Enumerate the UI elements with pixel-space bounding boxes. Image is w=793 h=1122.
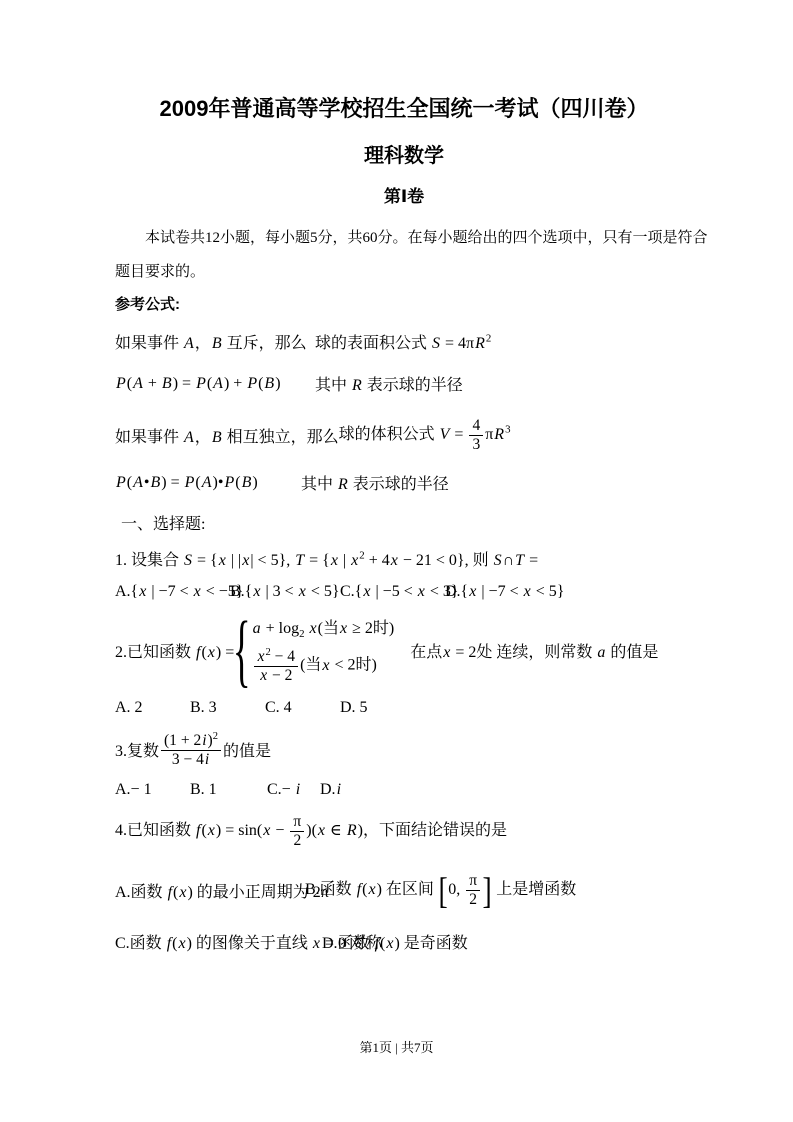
question-1-options: A.{x | −7 < x < −5} B.{x | 3 < x < 5} C.…	[115, 583, 693, 601]
question-2-stem: 2.已知函数 f(x) = { a + log2 x(当x ≥ 2时) x2 −…	[115, 615, 693, 685]
formula-row-3: 如果事件 A，B 相互独立，那么 球的体积公式 V = 43πR3	[115, 412, 693, 458]
page-number: 第1页 | 共7页	[359, 1040, 433, 1055]
question-2-option-d: D. 5	[340, 699, 368, 717]
section-heading: 第Ⅰ卷	[115, 182, 693, 207]
formula-row-1: 如果事件 A，B 互斥，那么 球的表面积公式 S = 4πR2	[115, 328, 693, 355]
question-1-option-d: D.{x | −7 < x < 5}	[445, 583, 564, 601]
question-3-option-c: C.− i	[267, 781, 320, 799]
question-2-option-b: B. 3	[190, 699, 265, 717]
formula-row-4: P(A•B) = P(A)•P(B) 其中 R 表示球的半径	[115, 469, 693, 496]
question-4-option-d: D.函数 f(x) 是奇函数	[322, 930, 468, 953]
page-footer: 第1页 | 共7页	[0, 1037, 793, 1056]
question-1-option-a: A.{x | −7 < x < −5}	[115, 583, 230, 601]
formula-row-4-right: 其中 R 表示球的半径	[301, 471, 449, 494]
question-3-stem-suffix: 的值是	[223, 738, 271, 761]
question-3-option-b: B. 1	[190, 781, 267, 799]
question-1-stem: 1. 设集合 S = {x | |x| < 5}, T = {x | x2 + …	[115, 547, 693, 570]
question-2-option-a: A. 2	[115, 699, 190, 717]
question-1-option-c: C.{x | −5 < x < 3}	[340, 583, 445, 601]
formula-row-4-left: P(A•B) = P(A)•P(B)	[115, 474, 301, 492]
question-4-options-ab: A.函数 f(x) 的最小正周期为 2π B.函数 f(x) 在区间 [0, π…	[115, 868, 693, 914]
question-3-fraction: (1 + 2i)23 − 4i	[159, 731, 223, 769]
formula-row-3-right: 球的体积公式 V = 43πR3	[339, 417, 511, 454]
question-4-option-b: B.函数 f(x) 在区间 [0, π2] 上是增函数	[305, 872, 576, 909]
piecewise-case-2: x2 − 4x − 2(当x < 2时)	[252, 647, 395, 685]
question-1-option-b: B.{x | 3 < x < 5}	[230, 583, 340, 601]
formula-row-2: P(A + B) = P(A) + P(B) 其中 R 表示球的半径	[115, 370, 693, 397]
reference-formulas-heading: 参考公式:	[115, 293, 693, 314]
piecewise-case-1: a + log2 x(当x ≥ 2时)	[252, 615, 395, 640]
question-4-option-c: C.函数 f(x) 的图像关于直线 x = 0 对称	[115, 930, 322, 953]
question-4-option-a: A.函数 f(x) 的最小正周期为 2π	[115, 879, 305, 902]
intro-paragraph: 本试卷共12小题，每小题5分，共60分。在每小题给出的四个选项中，只有一项是符合…	[115, 221, 717, 289]
choice-section-heading: 一、选择题:	[121, 511, 693, 534]
exam-subtitle: 理科数学	[115, 139, 693, 168]
piecewise-brace: {	[233, 615, 251, 685]
question-2-option-c: C. 4	[265, 699, 340, 717]
formula-row-1-left: 如果事件 A，B 互斥，那么	[115, 330, 315, 353]
exam-title: 2009年普通高等学校招生全国统一考试（四川卷）	[130, 92, 678, 123]
question-3-stem: 3.复数 (1 + 2i)23 − 4i 的值是	[115, 731, 693, 769]
formula-row-2-left: P(A + B) = P(A) + P(B)	[115, 375, 315, 393]
piecewise-cases: a + log2 x(当x ≥ 2时) x2 − 4x − 2(当x < 2时)	[252, 615, 395, 685]
formula-row-1-right: 球的表面积公式 S = 4πR2	[315, 330, 491, 353]
question-3-stem-prefix: 3.复数	[115, 738, 159, 761]
question-2-options: A. 2 B. 3 C. 4 D. 5	[115, 699, 693, 717]
question-3-option-a: A.− 1	[115, 781, 190, 799]
formula-row-3-left: 如果事件 A，B 相互独立，那么	[115, 424, 339, 447]
question-4-stem: 4.已知函数 f(x) = sin(x − π2)(x ∈ R)，下面结论错误的…	[115, 813, 693, 850]
question-2-stem-prefix: 2.已知函数 f(x) =	[115, 639, 234, 662]
document-page: 2009年普通高等学校招生全国统一考试（四川卷） 理科数学 第Ⅰ卷 本试卷共12…	[0, 0, 793, 1122]
question-3-option-d: D.i	[320, 781, 342, 799]
question-3-options: A.− 1 B. 1 C.− i D.i	[115, 781, 693, 799]
question-4-options-cd: C.函数 f(x) 的图像关于直线 x = 0 对称 D.函数 f(x) 是奇函…	[115, 930, 693, 953]
question-2-stem-suffix: 在点x = 2处 连续，则常数 a 的值是	[410, 639, 658, 662]
formula-row-2-right: 其中 R 表示球的半径	[315, 372, 463, 395]
